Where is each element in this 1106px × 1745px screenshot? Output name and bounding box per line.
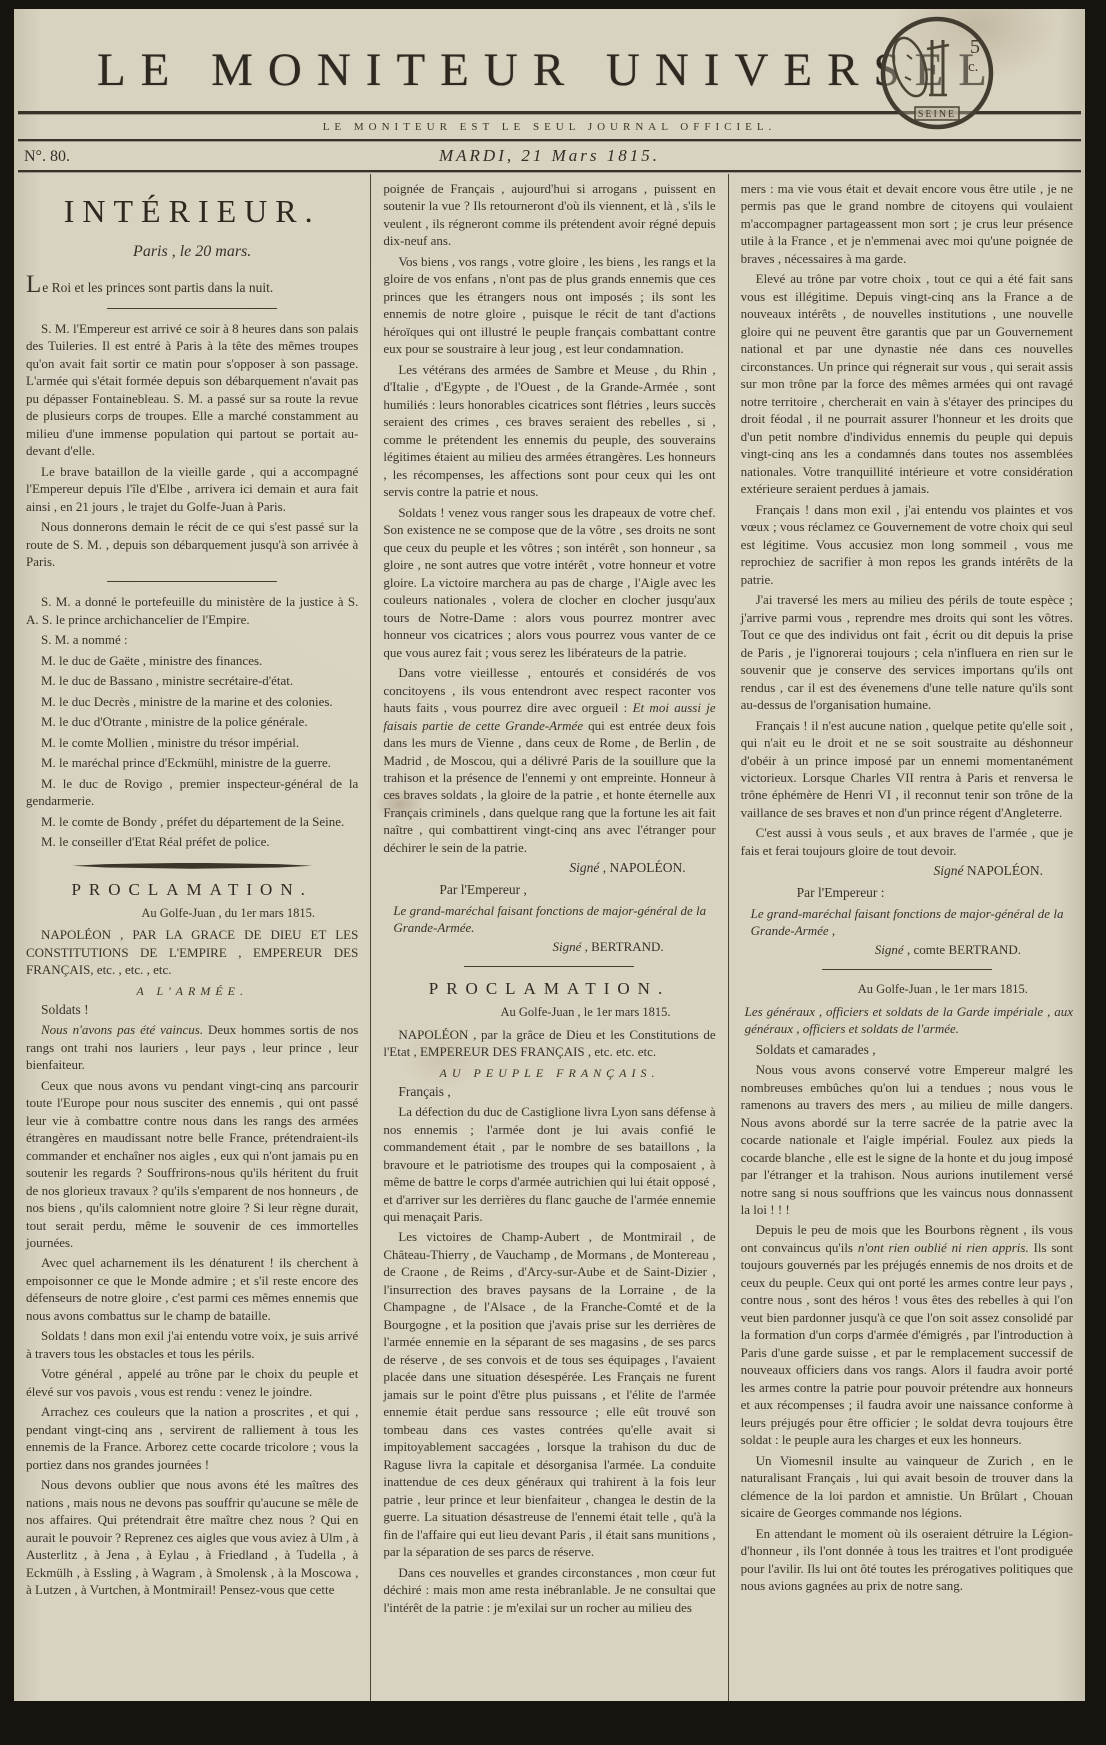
newspaper-scan: { "palette": { "paper": "#d8d2c0", "ink"… bbox=[0, 0, 1106, 1745]
minister-item: M. le duc de Bassano , ministre secrétai… bbox=[26, 672, 358, 689]
block-para: Dans votre vieillesse , entourés et cons… bbox=[383, 664, 715, 856]
signature-bertrand: Signé , comte BERTRAND. bbox=[741, 941, 1073, 958]
block-para-noindent: mers : ma vie vous était et devait encor… bbox=[741, 180, 1073, 267]
block-para: S. M. a donné le portefeuille du ministè… bbox=[26, 593, 358, 628]
block-para: Le brave bataillon de la vieille garde ,… bbox=[26, 463, 358, 515]
block-para: Français ! il n'est aucune nation , quel… bbox=[741, 717, 1073, 822]
minister-item: M. le maréchal prince d'Eckmühl, ministr… bbox=[26, 754, 358, 771]
minister-item: M. le duc de Rovigo , premier inspecteur… bbox=[26, 775, 358, 810]
column-1: INTÉRIEUR.Paris , le 20 mars.Le Roi et l… bbox=[14, 174, 370, 1701]
issue-row: N°. 80. MARDI, 21 Mars 1815. bbox=[24, 146, 1075, 166]
divider bbox=[464, 966, 634, 967]
divider bbox=[107, 308, 277, 309]
address-line: AU PEUPLE FRANÇAIS. bbox=[383, 1065, 715, 1081]
dateline-golfe-juan: Au Golfe-Juan , le 1er mars 1815. bbox=[383, 1004, 715, 1021]
block-para: Elevé au trône par votre choix , tout ce… bbox=[741, 270, 1073, 497]
dateline-paris: Paris , le 20 mars. bbox=[26, 241, 358, 263]
revenue-stamp: 5 c. SEINE bbox=[877, 15, 997, 137]
block-para: En attendant le moment où ils oseraient … bbox=[741, 1525, 1073, 1595]
ornament-divider bbox=[72, 863, 312, 869]
block-para: S. M. l'Empereur est arrivé ce soir à 8 … bbox=[26, 320, 358, 460]
header-rule-bottom bbox=[18, 170, 1081, 172]
block-para: Les vétérans des armées de Sambre et Meu… bbox=[383, 361, 715, 501]
newspaper-page: 5 c. SEINE LE MONITEUR UNIVERSEL LE MONI… bbox=[14, 9, 1085, 1701]
signature-function: Le grand-maréchal faisant fonctions de m… bbox=[741, 905, 1073, 940]
block-para: Avec quel acharnement ils les dénaturent… bbox=[26, 1254, 358, 1324]
minister-item: M. le duc Decrès , ministre de la marine… bbox=[26, 693, 358, 710]
drop-cap: L bbox=[26, 271, 41, 298]
stamp-unit: c. bbox=[968, 59, 978, 75]
block-salutation: Français , bbox=[383, 1083, 715, 1101]
block-salutation: Soldats ! bbox=[26, 1001, 358, 1019]
block-para: Soldats ! venez vous ranger sous les dra… bbox=[383, 504, 715, 661]
signature-par-empereur: Par l'Empereur : bbox=[741, 884, 1073, 902]
dateline-golfe-juan: Au Golfe-Juan , le 1er mars 1815. bbox=[741, 981, 1073, 998]
stamp-denomination: 5 bbox=[970, 36, 980, 58]
minister-item: M. le duc de Gaëte , ministre des financ… bbox=[26, 652, 358, 669]
block-para: C'est aussi à vous seuls , et aux braves… bbox=[741, 824, 1073, 859]
signature-function: Le grand-maréchal faisant fonctions de m… bbox=[383, 902, 715, 937]
issue-number: N°. 80. bbox=[24, 148, 224, 166]
signature-napoleon: Signé NAPOLÉON. bbox=[741, 862, 1073, 880]
divider bbox=[107, 581, 277, 582]
block-para: Arrachez ces couleurs que la nation a pr… bbox=[26, 1403, 358, 1473]
block-para: Nous donnerons demain le récit de ce qui… bbox=[26, 518, 358, 570]
block-para: Un Viomesnil insulte au vainqueur de Zur… bbox=[741, 1452, 1073, 1522]
masthead: 5 c. SEINE LE MONITEUR UNIVERSEL LE MONI… bbox=[14, 43, 1085, 172]
block-para: La défection du duc de Castiglione livra… bbox=[383, 1103, 715, 1225]
proclamation-heading: PROCLAMATION. bbox=[383, 978, 715, 1001]
block-para: Votre général , appelé au trône par le c… bbox=[26, 1365, 358, 1400]
block-para: Soldats ! dans mon exil j'ai entendu vot… bbox=[26, 1327, 358, 1362]
block-para: J'ai traversé les mers au milieu des pér… bbox=[741, 591, 1073, 713]
block-para: Nous devons oublier que nous avons été l… bbox=[26, 1476, 358, 1598]
proclamation-heading: PROCLAMATION. bbox=[26, 879, 358, 902]
article-columns: INTÉRIEUR.Paris , le 20 mars.Le Roi et l… bbox=[14, 174, 1085, 1701]
stamp-seal-icon: 5 c. SEINE bbox=[877, 15, 997, 137]
block-para: Vos biens , vos rangs , votre gloire , l… bbox=[383, 253, 715, 358]
minister-item: M. le duc d'Otrante , ministre de la pol… bbox=[26, 713, 358, 730]
minister-item: M. le comte de Bondy , préfet du départe… bbox=[26, 813, 358, 830]
block-para: NAPOLÉON , PAR LA GRACE DE DIEU ET LES C… bbox=[26, 926, 358, 978]
block-para: Nous vous avons conservé votre Empereur … bbox=[741, 1061, 1073, 1218]
signature-napoleon: Signé , NAPOLÉON. bbox=[383, 859, 715, 877]
column-2: poignée de Français , aujourd'hui si arr… bbox=[370, 174, 727, 1701]
signature-par-empereur: Par l'Empereur , bbox=[383, 881, 715, 899]
block-para: Les victoires de Champ-Aubert , de Montm… bbox=[383, 1228, 715, 1560]
dateline-golfe-juan: Au Golfe-Juan , du 1er mars 1815. bbox=[26, 905, 358, 922]
block-para: Ceux que nous avons vu pendant vingt-cin… bbox=[26, 1077, 358, 1252]
block-para: NAPOLÉON , par la grâce de Dieu et les C… bbox=[383, 1026, 715, 1061]
stamp-region: SEINE bbox=[918, 109, 956, 120]
block-para: Depuis le peu de mois que les Bourbons r… bbox=[741, 1221, 1073, 1448]
column-3: mers : ma vie vous était et devait encor… bbox=[728, 174, 1085, 1701]
lead-sentence: Le Roi et les princes sont partis dans l… bbox=[26, 275, 358, 297]
section-heading-interieur: INTÉRIEUR. bbox=[26, 190, 358, 233]
address-line: A L'ARMÉE. bbox=[26, 983, 358, 999]
header-rule-middle bbox=[18, 139, 1081, 141]
divider bbox=[822, 969, 992, 970]
issue-date: MARDI, 21 Mars 1815. bbox=[224, 146, 875, 166]
block-para: Nous n'avons pas été vaincus. Deux homme… bbox=[26, 1021, 358, 1073]
block-para: S. M. a nommé : bbox=[26, 631, 358, 648]
block-para: Français ! dans mon exil , j'ai entendu … bbox=[741, 501, 1073, 588]
block-salutation: Soldats et camarades , bbox=[741, 1041, 1073, 1059]
block-para-noindent: poignée de Français , aujourd'hui si arr… bbox=[383, 180, 715, 250]
signature-bertrand: Signé , BERTRAND. bbox=[383, 938, 715, 955]
minister-item: M. le conseiller d'Etat Réal préfet de p… bbox=[26, 833, 358, 850]
block-para: Dans ces nouvelles et grandes circonstan… bbox=[383, 1564, 715, 1616]
minister-item: M. le comte Mollien , ministre du trésor… bbox=[26, 734, 358, 751]
address-generals: Les généraux , officiers et soldats de l… bbox=[741, 1003, 1073, 1038]
